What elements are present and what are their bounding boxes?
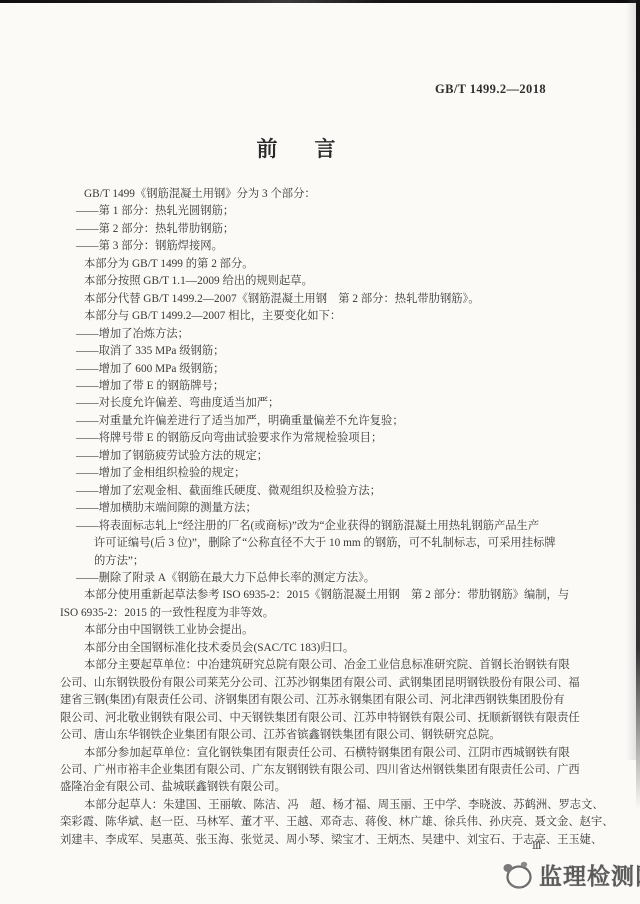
- scan-right-shadow: [626, 0, 636, 760]
- text-line: ——增加了金相组织检验的规定；: [60, 465, 572, 482]
- text-line: ——删除了附录 A《钢筋在最大力下总伸长率的测定方法》。: [60, 570, 572, 587]
- text-line: ——将表面标志轧上“经注册的厂名(或商标)”改为“企业获得的钢筋混凝土用热轧钢筋…: [60, 518, 572, 535]
- text-line: 的方法”；: [60, 553, 572, 570]
- text-line: 公司、广州市裕丰企业集团有限公司、广东友钢钢铁有限公司、四川省达州钢铁集团有限责…: [60, 762, 572, 779]
- text-line: ——增加了 600 MPa 级钢筋；: [60, 361, 572, 378]
- text-line: 本部分按照 GB/T 1.1—2009 给出的规则起草。: [60, 273, 572, 290]
- scan-top-edge: [0, 0, 640, 3]
- text-line: ——对长度允许偏差、弯曲度适当加严；: [60, 395, 572, 412]
- text-line: 栾彩霞、陈华斌、赵一臣、马林军、董才平、王越、邓奇志、蒋俊、林广雄、徐兵伟、孙庆…: [60, 814, 572, 831]
- text-line: ——第 2 部分：热轧带肋钢筋；: [60, 221, 572, 238]
- text-line: 公司、唐山东华钢铁企业集团有限公司、江苏省镔鑫钢铁集团有限公司、钢铁研究总院。: [60, 727, 572, 744]
- text-line: 本部分参加起草单位：宣化钢铁集团有限责任公司、石横特钢集团有限公司、江阴市西城钢…: [60, 745, 572, 762]
- text-line: ISO 6935-2：2015 的一致性程度为非等效。: [60, 605, 572, 622]
- text-line: ——增加了宏观金相、截面维氏硬度、微观组织及检验方法；: [60, 483, 572, 500]
- watermark: 监理检测网: [500, 858, 640, 891]
- text-line: ——增加了带 E 的钢筋牌号；: [60, 378, 572, 395]
- text-line: ——增加了冶炼方法；: [60, 326, 572, 343]
- text-line: ——增加了钢筋疲劳试验方法的规定；: [60, 448, 572, 465]
- page-title: 前 言: [0, 133, 600, 163]
- text-line: 本部分为 GB/T 1499 的第 2 部分。: [60, 256, 572, 273]
- text-line: ——对重量允许偏差进行了适当加严，明确重量偏差不允许复验；: [60, 413, 572, 430]
- text-line: ——第 1 部分：热轧光圆钢筋；: [60, 203, 572, 220]
- text-line: ——将牌号带 E 的钢筋反向弯曲试验要求作为常规检验项目；: [60, 430, 572, 447]
- text-line: 本部分主要起草单位：中冶建筑研究总院有限公司、冶金工业信息标准研究院、首钢长治钢…: [60, 657, 572, 674]
- text-line: 本部分代替 GB/T 1499.2—2007《钢筋混凝土用钢 第 2 部分：热轧…: [60, 291, 572, 308]
- foreword-body: GB/T 1499《钢筋混凝土用钢》分为 3 个部分： ——第 1 部分：热轧光…: [60, 186, 572, 849]
- text-line: 建省三钢(集团)有限责任公司、济钢集团有限公司、江苏永钢集团有限公司、河北津西钢…: [60, 692, 572, 709]
- text-line: 本部分与 GB/T 1499.2—2007 相比，主要变化如下：: [60, 308, 572, 325]
- text-line: ——增加横肋末端间隙的测量方法；: [60, 500, 572, 517]
- text-line: 本部分使用重新起草法参考 ISO 6935-2：2015《钢筋混凝土用钢 第 2…: [60, 587, 572, 604]
- text-line: 限公司、河北敬业钢铁有限公司、中天钢铁集团有限公司、江苏申特钢铁有限公司、抚顺新…: [60, 710, 572, 727]
- page-number: Ⅲ: [532, 841, 543, 852]
- text-line: GB/T 1499《钢筋混凝土用钢》分为 3 个部分：: [60, 186, 572, 203]
- standard-code: GB/T 1499.2—2018: [435, 82, 546, 97]
- text-line: ——第 3 部分：钢筋焊接网。: [60, 238, 572, 255]
- text-line: ——取消了 335 MPa 级钢筋；: [60, 343, 572, 360]
- text-line: 本部分由中国钢铁工业协会提出。: [60, 622, 572, 639]
- watermark-logo-icon: [500, 859, 534, 891]
- text-line: 本部分由全国钢标准化技术委员会(SAC/TC 183)归口。: [60, 640, 572, 657]
- text-line: 刘建丰、李成军、吴惠英、张玉海、张觉灵、周小琴、梁宝才、王炳杰、吴建中、刘宝石、…: [60, 832, 572, 849]
- text-line: 盛隆冶金有限公司、盐城联鑫钢铁有限公司。: [60, 779, 572, 796]
- text-line: 本部分起草人：朱建国、王丽敏、陈洁、冯 超、杨才福、周玉丽、王中学、李晓波、苏鹤…: [60, 797, 572, 814]
- text-line: 公司、山东钢铁股份有限公司莱芜分公司、江苏沙钢集团有限公司、武钢集团昆明钢铁股份…: [60, 675, 572, 692]
- scan-right-edge: [636, 0, 640, 810]
- text-line: 许可证编号(后 3 位)”，删除了“公称直径不大于 10 mm 的钢筋，可不轧制…: [60, 535, 572, 552]
- watermark-text: 监理检测网: [539, 858, 640, 891]
